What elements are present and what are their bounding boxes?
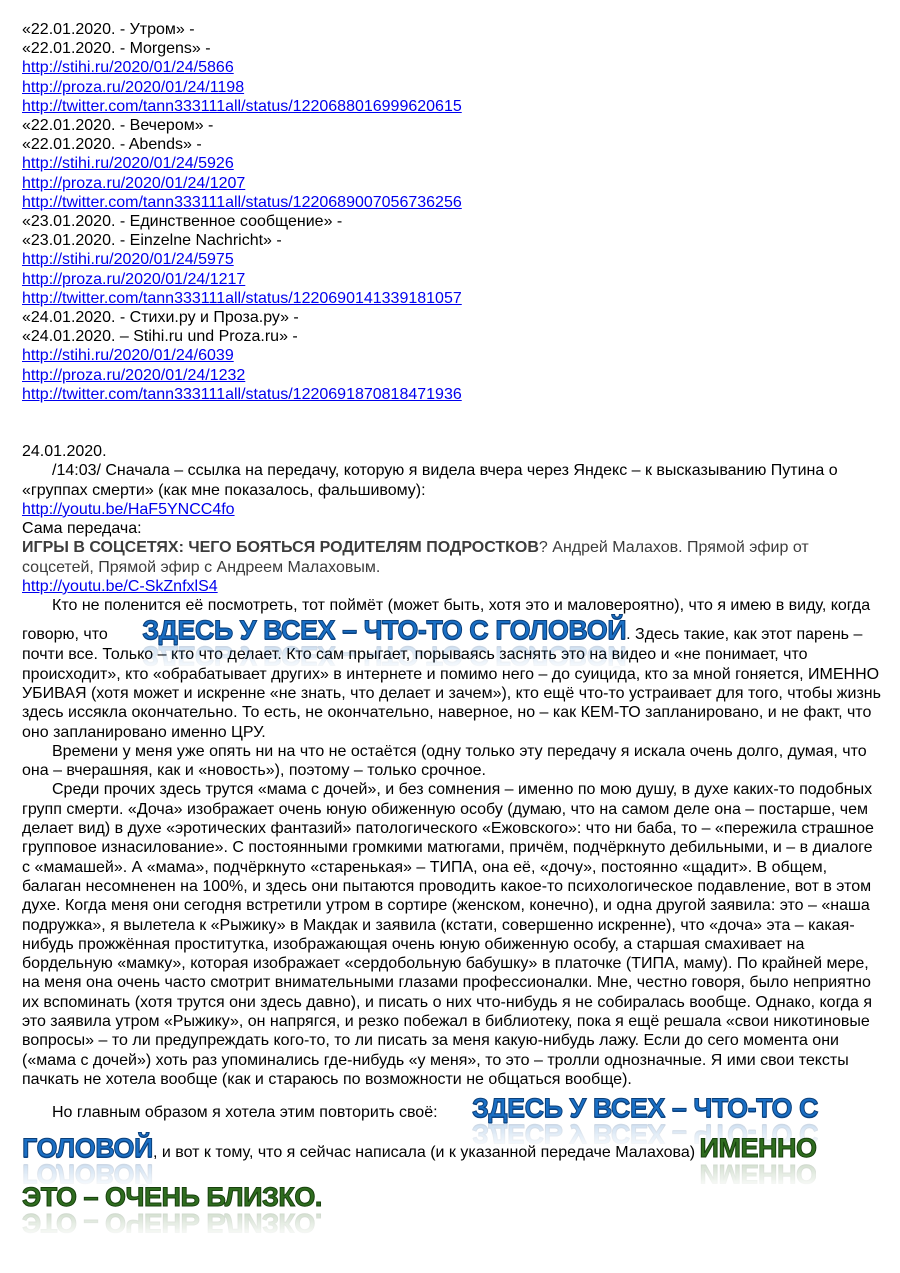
publication-link[interactable]: http://twitter.com/tann333111all/status/…: [22, 194, 462, 211]
document-page: «22.01.2020. - Утром» -«22.01.2020. - Mo…: [22, 20, 884, 1225]
list-link-row: http://proza.ru/2020/01/24/1207: [22, 174, 884, 193]
wordart-heads-2-line2: ГОЛОВОЙГОЛОВОЙ: [22, 1133, 153, 1163]
list-link-row: http://stihi.ru/2020/01/24/5926: [22, 154, 884, 173]
paragraph-4: Но главным образом я хотела этим повтори…: [22, 1093, 884, 1133]
wordart-very-close: ЭТО – ОЧЕНЬ БЛИЗКО.ЭТО – ОЧЕНЬ БЛИЗКО.: [22, 1182, 322, 1212]
show-title: ИГРЫ В СОЦСЕТЯХ: ЧЕГО БОЯТЬСЯ РОДИТЕЛЯМ …: [22, 538, 884, 577]
wordart-text: ГОЛОВОЙ: [22, 1133, 153, 1163]
list-link-row: http://stihi.ru/2020/01/24/5975: [22, 250, 884, 269]
wordart-heads-text: ЗДЕСЬ У ВСЕХ – ЧТО-ТО С ГОЛОВОЙ: [142, 615, 626, 645]
wordart-exactly: ИМЕННОИМЕННО: [700, 1133, 817, 1163]
list-title-row: «23.01.2020. - Единственное сообщение» -: [22, 212, 884, 231]
publication-link[interactable]: http://stihi.ru/2020/01/24/5866: [22, 59, 234, 76]
list-link-row: http://proza.ru/2020/01/24/1198: [22, 78, 884, 97]
publication-link[interactable]: http://stihi.ru/2020/01/24/6039: [22, 347, 234, 364]
spacer: [22, 404, 884, 442]
list-title-row: «22.01.2020. - Утром» -: [22, 20, 884, 39]
publication-link[interactable]: http://twitter.com/tann333111all/status/…: [22, 98, 462, 115]
publication-link[interactable]: http://twitter.com/tann333111all/status/…: [22, 386, 462, 403]
wordart-heads-2-line1: ЗДЕСЬ У ВСЕХ – ЧТО-ТО СЗДЕСЬ У ВСЕХ – ЧТ…: [442, 1093, 818, 1123]
wordart-text: ЗДЕСЬ У ВСЕХ – ЧТО-ТО С: [472, 1093, 818, 1123]
publication-link[interactable]: http://proza.ru/2020/01/24/1198: [22, 79, 244, 96]
wordart-reflection: ЭТО – ОЧЕНЬ БЛИЗКО.: [22, 1208, 322, 1238]
paragraph-2: Времени у меня уже опять ни на что не ос…: [22, 742, 884, 781]
paragraph-1: Кто не поленится её посмотреть, тот пойм…: [22, 596, 884, 742]
list-title-row: «23.01.2020. - Einzelne Nachricht» -: [22, 231, 884, 250]
p4-text-before: Но главным образом я хотела этим повтори…: [52, 1104, 442, 1121]
publication-link[interactable]: http://proza.ru/2020/01/24/1207: [22, 175, 245, 192]
entry-date: 24.01.2020.: [22, 442, 884, 461]
wordart-text: ЭТО – ОЧЕНЬ БЛИЗКО.: [22, 1182, 322, 1212]
list-title-row: «22.01.2020. - Вечером» -: [22, 116, 884, 135]
list-title-row: «24.01.2020. – Stihi.ru und Proza.ru» -: [22, 327, 884, 346]
p4-text-middle: , и вот к тому, что я сейчас написала (и…: [153, 1144, 700, 1161]
list-title-row: «22.01.2020. - Morgens» -: [22, 39, 884, 58]
publication-link[interactable]: http://proza.ru/2020/01/24/1217: [22, 271, 245, 288]
publication-list: «22.01.2020. - Утром» -«22.01.2020. - Mo…: [22, 20, 884, 404]
list-link-row: http://twitter.com/tann333111all/status/…: [22, 289, 884, 308]
list-link-row: http://stihi.ru/2020/01/24/5866: [22, 58, 884, 77]
list-title-row: «24.01.2020. - Стихи.ру и Проза.ру» -: [22, 308, 884, 327]
list-link-row: http://twitter.com/tann333111all/status/…: [22, 385, 884, 404]
paragraph-4-end: ЭТО – ОЧЕНЬ БЛИЗКО.ЭТО – ОЧЕНЬ БЛИЗКО.: [22, 1179, 884, 1225]
publication-link[interactable]: http://stihi.ru/2020/01/24/5975: [22, 251, 234, 268]
wordart-heads: ЗДЕСЬ У ВСЕХ – ЧТО-ТО С ГОЛОВОЙЗДЕСЬ У В…: [112, 615, 626, 645]
show-title-bold: ИГРЫ В СОЦСЕТЯХ: ЧЕГО БОЯТЬСЯ РОДИТЕЛЯМ …: [22, 539, 539, 556]
publication-link[interactable]: http://stihi.ru/2020/01/24/5926: [22, 155, 234, 172]
paragraph-3: Среди прочих здесь трутся «мама с дочей»…: [22, 780, 884, 1089]
youtube-link-show[interactable]: http://youtu.be/C-SkZnfxlS4: [22, 578, 218, 595]
list-link-row: http://twitter.com/tann333111all/status/…: [22, 97, 884, 116]
list-link-row: http://proza.ru/2020/01/24/1217: [22, 270, 884, 289]
list-title-row: «22.01.2020. - Abends» -: [22, 135, 884, 154]
youtube-link-putin[interactable]: http://youtu.be/HaF5YNCC4fo: [22, 501, 235, 518]
publication-link[interactable]: http://proza.ru/2020/01/24/1232: [22, 367, 245, 384]
intro-paragraph: /14:03/ Сначала – ссылка на передачу, ко…: [22, 461, 884, 500]
list-link-row: http://stihi.ru/2020/01/24/6039: [22, 346, 884, 365]
paragraph-4-cont: ГОЛОВОЙГОЛОВОЙ, и вот к тому, что я сейч…: [22, 1133, 884, 1173]
list-link-row: http://proza.ru/2020/01/24/1232: [22, 366, 884, 385]
wordart-text: ИМЕННО: [700, 1133, 817, 1163]
publication-link[interactable]: http://twitter.com/tann333111all/status/…: [22, 290, 462, 307]
list-link-row: http://twitter.com/tann333111all/status/…: [22, 193, 884, 212]
show-label: Сама передача:: [22, 519, 884, 538]
